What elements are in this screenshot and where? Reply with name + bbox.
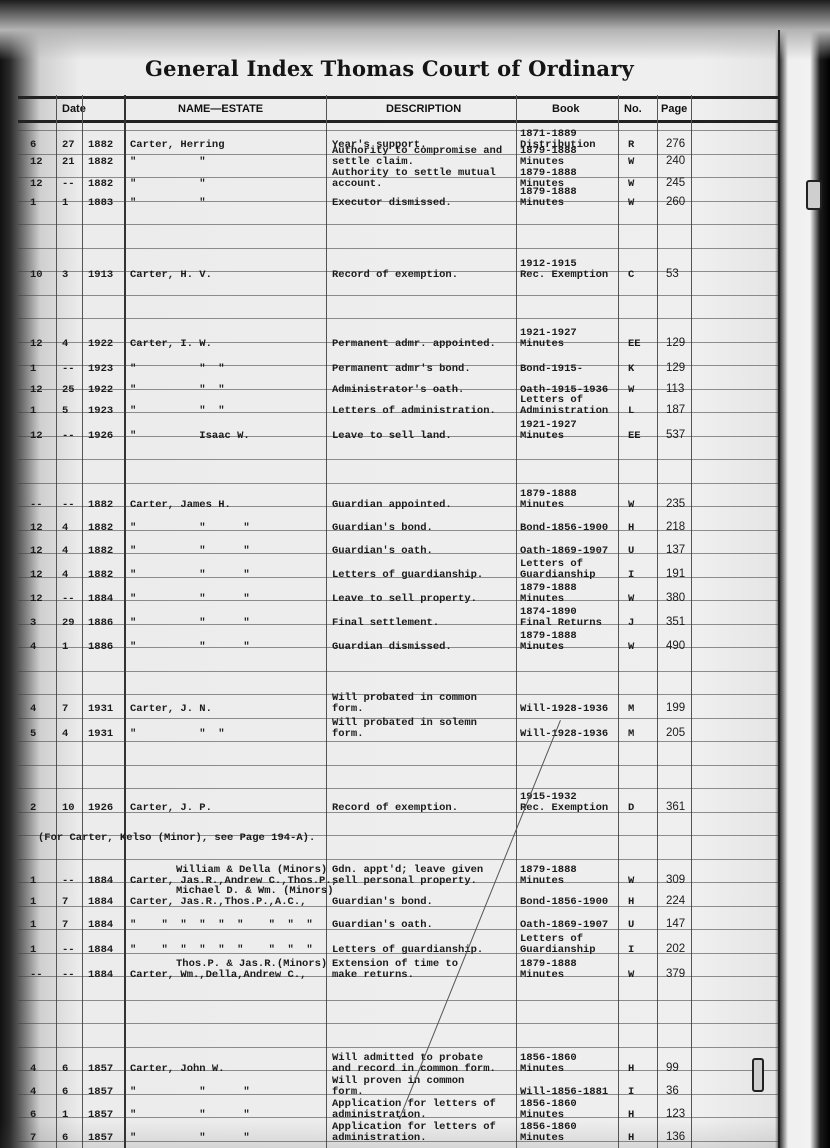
column-divider — [657, 95, 658, 1148]
entry-book: Bond-1856-1900 — [520, 897, 608, 908]
entry-book-number: W — [628, 876, 634, 887]
entry-day: 4 — [62, 339, 68, 350]
entry-page: 224 — [666, 896, 685, 907]
entry-month: 12 — [30, 594, 43, 605]
ruled-line — [18, 741, 778, 742]
entry-year: 1882 — [88, 179, 113, 190]
entry-description: account. — [332, 179, 382, 190]
entry-book-number: EE — [628, 339, 641, 350]
entry-month: 12 — [30, 179, 43, 190]
entry-month: 1 — [30, 945, 36, 956]
entry-book: Bond-1915- — [520, 364, 583, 375]
entry-name: " " — [130, 179, 206, 190]
entry-year: 1913 — [88, 270, 113, 281]
entry-book-number: J — [628, 618, 634, 629]
entry-book-number: H — [628, 1064, 634, 1075]
entry-page: 351 — [666, 617, 685, 628]
entry-name: " " " — [130, 729, 225, 740]
entry-day: 7 — [62, 704, 68, 715]
entry-description: Guardian appointed. — [332, 500, 452, 511]
entry-description: Guardian's oath. — [332, 546, 433, 557]
entry-month: 1 — [30, 406, 36, 417]
entry-book: Guardianship — [520, 570, 596, 581]
entry-book-number: W — [628, 179, 634, 190]
ruled-line — [18, 1023, 778, 1024]
entry-page: 202 — [666, 944, 685, 955]
entry-month: 1 — [30, 920, 36, 931]
entry-year: 1926 — [88, 803, 113, 814]
column-divider — [56, 95, 57, 1148]
entry-page: 129 — [666, 338, 685, 349]
entry-book: Minutes — [520, 970, 564, 981]
entry-description: sell personal property. — [332, 876, 477, 887]
entry-name: " " " — [130, 1110, 250, 1121]
entry-book-number: D — [628, 803, 634, 814]
entry-month: 10 — [30, 270, 43, 281]
cross-reference-note: (For Carter, Kelso (Minor), see Page 194… — [38, 832, 315, 844]
column-divider — [618, 95, 619, 1148]
entry-page: 137 — [666, 545, 685, 556]
header-description: DESCRIPTION — [386, 103, 461, 115]
ruled-line — [18, 459, 778, 460]
ruled-line — [18, 1047, 778, 1048]
entry-year: 1857 — [88, 1110, 113, 1121]
entry-book-number: EE — [628, 431, 641, 442]
entry-book: Minutes — [520, 876, 564, 887]
entry-day: 27 — [62, 140, 75, 151]
entry-month: 12 — [30, 339, 43, 350]
entry-day: 4 — [62, 570, 68, 581]
entry-day: 5 — [62, 406, 68, 417]
entry-name: " " " — [130, 364, 225, 375]
entry-day: 29 — [62, 618, 75, 629]
entry-name: Carter, Herring — [130, 140, 225, 151]
entry-month: 12 — [30, 570, 43, 581]
entry-month: 1 — [30, 897, 36, 908]
ruled-line — [18, 295, 778, 296]
entry-month: 1 — [30, 364, 36, 375]
entry-page: 245 — [666, 178, 685, 189]
entry-description: administration. — [332, 1133, 427, 1144]
entry-day: -- — [62, 594, 75, 605]
entry-year: 1886 — [88, 642, 113, 653]
entry-book-number: W — [628, 970, 634, 981]
header-no: No. — [624, 103, 642, 115]
entry-description: Guardian's bond. — [332, 523, 433, 534]
entry-name: Carter, J. N. — [130, 704, 212, 715]
entry-description: administration. — [332, 1110, 427, 1121]
header-page: Page — [661, 103, 687, 115]
entry-page: 205 — [666, 728, 685, 739]
entry-year: 1884 — [88, 897, 113, 908]
entry-book-number: L — [628, 406, 634, 417]
entry-day: -- — [62, 431, 75, 442]
entry-month: 4 — [30, 642, 36, 653]
entry-name: " " " — [130, 618, 250, 629]
entry-description: Executor dismissed. — [332, 198, 452, 209]
entry-year: 1923 — [88, 364, 113, 375]
entry-description: Record of exemption. — [332, 270, 458, 281]
entry-book-number: U — [628, 546, 634, 557]
entry-book-number: C — [628, 270, 634, 281]
entry-name: Carter, John W. — [130, 1064, 225, 1075]
entry-description: Letters of administration. — [332, 406, 496, 417]
entry-description: Permanent admr's bond. — [332, 364, 471, 375]
entry-page: 235 — [666, 499, 685, 510]
entry-book: Minutes — [520, 198, 564, 209]
entry-book: Oath-1869-1907 — [520, 920, 608, 931]
entry-month: 6 — [30, 1110, 36, 1121]
entry-book-number: U — [628, 920, 634, 931]
entry-description: make returns. — [332, 970, 414, 981]
entry-description: Leave to sell land. — [332, 431, 452, 442]
entry-book: Minutes — [520, 500, 564, 511]
entry-month: 4 — [30, 1064, 36, 1075]
entry-book-number: H — [628, 897, 634, 908]
entry-book-number: W — [628, 500, 634, 511]
ruled-line — [18, 765, 778, 766]
entry-book-number: I — [628, 945, 634, 956]
entry-page: 490 — [666, 641, 685, 652]
page-top-shadow — [0, 0, 830, 60]
binder-tab — [752, 1058, 764, 1092]
entry-name: " " " — [130, 1133, 250, 1144]
entry-year: 1882 — [88, 570, 113, 581]
entry-description: form. — [332, 729, 364, 740]
header-book: Book — [552, 103, 580, 115]
entry-book-number: M — [628, 704, 634, 715]
entry-day: -- — [62, 876, 75, 887]
entry-name: " Isaac W. — [130, 431, 250, 442]
entry-year: 1882 — [88, 157, 113, 168]
entry-month: 12 — [30, 523, 43, 534]
entry-description: Administrator's oath. — [332, 385, 464, 396]
entry-book: Minutes — [520, 642, 564, 653]
entry-month: 5 — [30, 729, 36, 740]
entry-day: -- — [62, 970, 75, 981]
entry-name: Carter, Jas.R.,Thos.P.,A.C., — [130, 897, 306, 908]
entry-description: Permanent admr. appointed. — [332, 339, 496, 350]
page-title: General Index Thomas Court of Ordinary — [145, 56, 634, 81]
entry-book: Oath-1869-1907 — [520, 546, 608, 557]
entry-page: 113 — [666, 384, 684, 395]
entry-book: Bond-1856-1900 — [520, 523, 608, 534]
entry-day: 1 — [62, 642, 68, 653]
entry-name: " " " " " " " " " — [130, 945, 313, 956]
entry-year: 1882 — [88, 500, 113, 511]
entry-book: Final Returns — [520, 618, 602, 629]
ruled-line — [18, 318, 778, 319]
entry-page: 309 — [666, 875, 685, 886]
entry-year: 1884 — [88, 920, 113, 931]
entry-year: 1857 — [88, 1133, 113, 1144]
entry-name: Carter, H. V. — [130, 270, 212, 281]
ruled-line — [18, 671, 778, 672]
entry-page: 187 — [666, 405, 685, 416]
ruled-line — [18, 1000, 778, 1001]
entry-month: -- — [30, 500, 43, 511]
entry-month: 12 — [30, 157, 43, 168]
entry-page: 240 — [666, 156, 685, 167]
entry-book: Rec. Exemption — [520, 803, 608, 814]
entry-page: 361 — [666, 802, 685, 813]
entry-page: 260 — [666, 197, 685, 208]
entry-year: 1857 — [88, 1064, 113, 1075]
entry-page: 147 — [666, 919, 685, 930]
entry-day: 7 — [62, 920, 68, 931]
entry-year: 1857 — [88, 1087, 113, 1098]
entry-book-number: R — [628, 140, 634, 151]
entry-day: 6 — [62, 1133, 68, 1144]
entry-page: 36 — [666, 1086, 679, 1097]
entry-year: 1882 — [88, 546, 113, 557]
entry-page: 191 — [666, 569, 685, 580]
entry-month: -- — [30, 970, 43, 981]
entry-name: " " " — [130, 642, 250, 653]
entry-month: 12 — [30, 546, 43, 557]
entry-year: 1882 — [88, 523, 113, 534]
entry-day: -- — [62, 945, 75, 956]
ruled-line — [18, 483, 778, 484]
entry-page: 537 — [666, 430, 685, 441]
entry-description: Letters of guardianship. — [332, 945, 483, 956]
entry-book-number: I — [628, 570, 634, 581]
entry-name: " " " — [130, 546, 250, 557]
entry-name: " " — [130, 157, 206, 168]
header-name-estate: NAME—ESTATE — [178, 103, 263, 115]
entry-description: form. — [332, 704, 364, 715]
entry-name: " " " — [130, 570, 250, 581]
entry-book: Administration — [520, 406, 608, 417]
entry-year: 1923 — [88, 406, 113, 417]
entry-name: " " " — [130, 594, 250, 605]
entry-day: -- — [62, 179, 75, 190]
entry-page: 136 — [666, 1132, 685, 1143]
entry-page: 129 — [666, 363, 685, 374]
entry-page: 276 — [666, 139, 685, 150]
entry-description: Leave to sell property. — [332, 594, 477, 605]
entry-day: 4 — [62, 546, 68, 557]
entry-book: Will-1928-1936 — [520, 729, 608, 740]
entry-book-number: M — [628, 729, 634, 740]
column-divider — [124, 95, 126, 1148]
entry-book-number: H — [628, 1133, 634, 1144]
entry-month: 12 — [30, 385, 43, 396]
entry-book: Minutes — [520, 1133, 564, 1144]
entry-name: Carter, J. P. — [130, 803, 212, 814]
entry-month: 12 — [30, 431, 43, 442]
column-divider — [516, 95, 517, 1148]
entry-month: 4 — [30, 704, 36, 715]
entry-year: 1884 — [88, 945, 113, 956]
entry-year: 1884 — [88, 594, 113, 605]
entry-page: 53 — [666, 269, 679, 280]
entry-day: 25 — [62, 385, 75, 396]
entry-page: 218 — [666, 522, 685, 533]
entry-month: 6 — [30, 140, 36, 151]
entry-year: 1931 — [88, 704, 113, 715]
entry-page: 380 — [666, 593, 685, 604]
entry-month: 3 — [30, 618, 36, 629]
entry-book-number: I — [628, 1087, 634, 1098]
entry-description: Record of exemption. — [332, 803, 458, 814]
entry-name: " " " — [130, 1087, 250, 1098]
entry-day: 4 — [62, 729, 68, 740]
entry-year: 1931 — [88, 729, 113, 740]
entry-year: 1886 — [88, 618, 113, 629]
entry-description: Guardian's bond. — [332, 897, 433, 908]
entry-page: 99 — [666, 1063, 679, 1074]
entry-page: 379 — [666, 969, 685, 980]
entry-day: 6 — [62, 1064, 68, 1075]
entry-year: 1884 — [88, 876, 113, 887]
entry-day: 1 — [62, 1110, 68, 1121]
entry-description: Guardian dismissed. — [332, 642, 452, 653]
entry-day: -- — [62, 364, 75, 375]
entry-book: Minutes — [520, 594, 564, 605]
entry-day: 6 — [62, 1087, 68, 1098]
entry-year: 1884 — [88, 970, 113, 981]
entry-book-number: W — [628, 198, 634, 209]
entry-name: Carter, I. W. — [130, 339, 212, 350]
entry-description: form. — [332, 1087, 364, 1098]
entry-day: 7 — [62, 897, 68, 908]
entry-name: " " " — [130, 523, 250, 534]
entry-book: Guardianship — [520, 945, 596, 956]
entry-page: 199 — [666, 703, 685, 714]
entry-book: Minutes — [520, 1064, 564, 1075]
entry-description: Final settlement. — [332, 618, 439, 629]
entry-book-number: H — [628, 523, 634, 534]
column-divider — [82, 95, 83, 1148]
entry-name: Carter, James H. — [130, 500, 231, 511]
entry-description: Guardian's oath. — [332, 920, 433, 931]
entry-description: and record in common form. — [332, 1064, 496, 1075]
header-bottom-rule — [18, 120, 778, 123]
entry-book-number: W — [628, 642, 634, 653]
entry-page: 123 — [666, 1109, 685, 1120]
ruled-line — [18, 859, 778, 860]
ruled-line — [18, 248, 778, 249]
entry-month: 4 — [30, 1087, 36, 1098]
entry-name: " " " — [130, 385, 225, 396]
entry-year: 1922 — [88, 339, 113, 350]
entry-book: Minutes — [520, 431, 564, 442]
entry-book: Rec. Exemption — [520, 270, 608, 281]
entry-day: 10 — [62, 803, 75, 814]
entry-year: 1922 — [88, 385, 113, 396]
entry-year: 1883 — [88, 198, 113, 209]
entry-book-number: K — [628, 364, 634, 375]
entry-year: 1882 — [88, 140, 113, 151]
entry-day: 21 — [62, 157, 75, 168]
binder-tab — [806, 180, 822, 210]
column-divider — [326, 95, 327, 1148]
ruled-line — [18, 224, 778, 225]
entry-book-number: W — [628, 157, 634, 168]
ruled-line — [18, 788, 778, 789]
entry-day: 4 — [62, 523, 68, 534]
entry-day: 1 — [62, 198, 68, 209]
entry-book-number: W — [628, 594, 634, 605]
entry-year: 1926 — [88, 431, 113, 442]
entry-book: Will-1928-1936 — [520, 704, 608, 715]
entry-book: Will-1856-1881 — [520, 1087, 608, 1098]
entry-book-number: H — [628, 1110, 634, 1121]
entry-book: Minutes — [520, 1110, 564, 1121]
entry-month: 7 — [30, 1133, 36, 1144]
entry-book-number: W — [628, 385, 634, 396]
entry-month: 1 — [30, 876, 36, 887]
entry-name: " " — [130, 198, 206, 209]
header-top-rule — [18, 96, 778, 99]
entry-day: -- — [62, 500, 75, 511]
entry-name: " " " — [130, 406, 225, 417]
entry-name: " " " " " " " " " — [130, 920, 313, 931]
entry-month: 2 — [30, 803, 36, 814]
entry-name: Carter, Wm.,Della,Andrew C., — [130, 970, 306, 981]
column-divider — [691, 95, 692, 1148]
ruled-line — [18, 130, 778, 131]
entry-book: Minutes — [520, 339, 564, 350]
entry-description: Letters of guardianship. — [332, 570, 483, 581]
entry-day: 3 — [62, 270, 68, 281]
entry-month: 1 — [30, 198, 36, 209]
page-edge-line — [778, 30, 780, 1148]
